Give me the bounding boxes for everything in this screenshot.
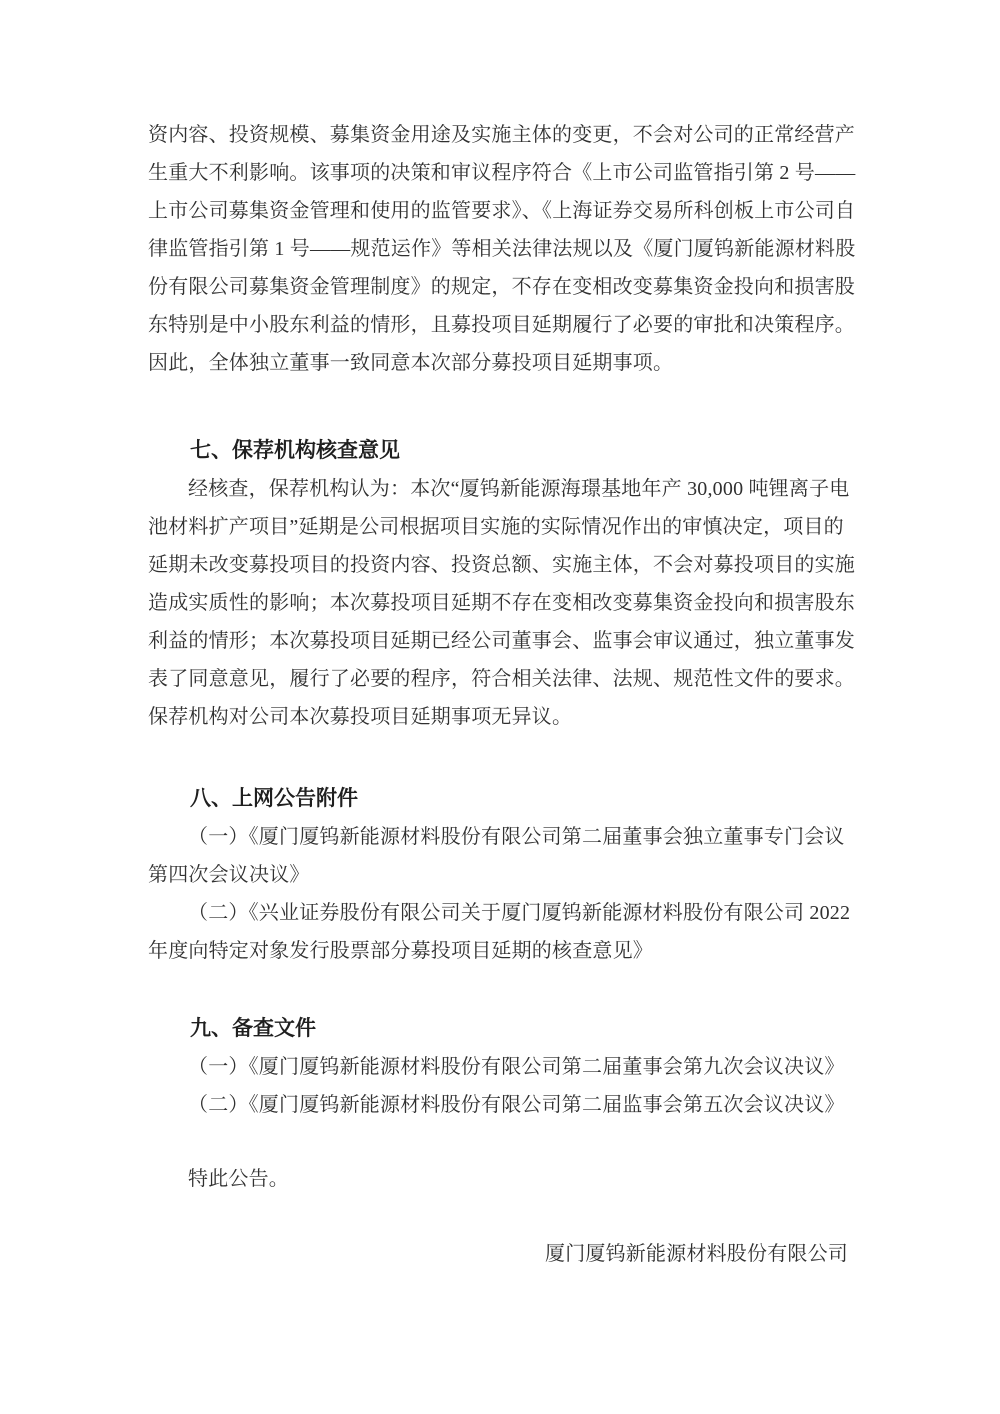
text-line: 表了同意意见，履行了必要的程序，符合相关法律、法规、规范性文件的要求。 [148,660,848,698]
section-7-heading: 七、保荐机构核查意见 [148,432,848,470]
section-7-paragraph: 经核查，保荐机构认为：本次“厦钨新能源海璟基地年产 30,000 吨锂离子电 池… [148,470,848,736]
text-line: 保荐机构对公司本次募投项目延期事项无异议。 [148,698,848,736]
text-line: 资内容、投资规模、募集资金用途及实施主体的变更，不会对公司的正常经营产 [148,116,848,154]
intro-paragraph: 资内容、投资规模、募集资金用途及实施主体的变更，不会对公司的正常经营产 生重大不… [148,116,848,382]
attachment-item: （二）《兴业证券股份有限公司关于厦门厦钨新能源材料股份有限公司 2022 [148,894,848,932]
attachment-item: （一）《厦门厦钨新能源材料股份有限公司第二届董事会独立董事专门会议 [148,818,848,856]
text-line: 延期未改变募投项目的投资内容、投资总额、实施主体，不会对募投项目的实施 [148,546,848,584]
text-line: 因此，全体独立董事一致同意本次部分募投项目延期事项。 [148,344,848,382]
section-9-documents: （一）《厦门厦钨新能源材料股份有限公司第二届董事会第九次会议决议》 （二）《厦门… [148,1048,848,1124]
text-line: 利益的情形；本次募投项目延期已经公司董事会、监事会审议通过，独立董事发 [148,622,848,660]
text-line: 东特别是中小股东利益的情形，且募投项目延期履行了必要的审批和决策程序。 [148,306,848,344]
section-8-attachments: （一）《厦门厦钨新能源材料股份有限公司第二届董事会独立董事专门会议 第四次会议决… [148,818,848,970]
text-line: 律监管指引第 1 号——规范运作》等相关法律法规以及《厦门厦钨新能源材料股 [148,230,848,268]
text-line: 份有限公司募集资金管理制度》的规定，不存在变相改变募集资金投向和损害股 [148,268,848,306]
document-body: 资内容、投资规模、募集资金用途及实施主体的变更，不会对公司的正常经营产 生重大不… [148,116,848,1273]
text-line: 池材料扩产项目”延期是公司根据项目实施的实际情况作出的审慎决定，项目的 [148,508,848,546]
text-line: 上市公司募集资金管理和使用的监管要求》、《上海证券交易所科创板上市公司自 [148,192,848,230]
reference-document-item: （一）《厦门厦钨新能源材料股份有限公司第二届董事会第九次会议决议》 [148,1048,848,1086]
section-9-heading: 九、备查文件 [148,1010,848,1048]
company-signature: 厦门厦钨新能源材料股份有限公司 [148,1235,848,1273]
reference-document-item: （二）《厦门厦钨新能源材料股份有限公司第二届监事会第五次会议决议》 [148,1086,848,1124]
attachment-item-continuation: 年度向特定对象发行股票部分募投项目延期的核查意见》 [148,932,848,970]
text-line: 生重大不利影响。该事项的决策和审议程序符合《上市公司监管指引第 2 号—— [148,154,848,192]
announcement-page: 资内容、投资规模、募集资金用途及实施主体的变更，不会对公司的正常经营产 生重大不… [0,0,1000,1414]
closing-statement: 特此公告。 [148,1160,848,1198]
text-line: 经核查，保荐机构认为：本次“厦钨新能源海璟基地年产 30,000 吨锂离子电 [148,470,848,508]
attachment-item-continuation: 第四次会议决议》 [148,856,848,894]
text-line: 造成实质性的影响；本次募投项目延期不存在变相改变募集资金投向和损害股东 [148,584,848,622]
section-8-heading: 八、上网公告附件 [148,780,848,818]
